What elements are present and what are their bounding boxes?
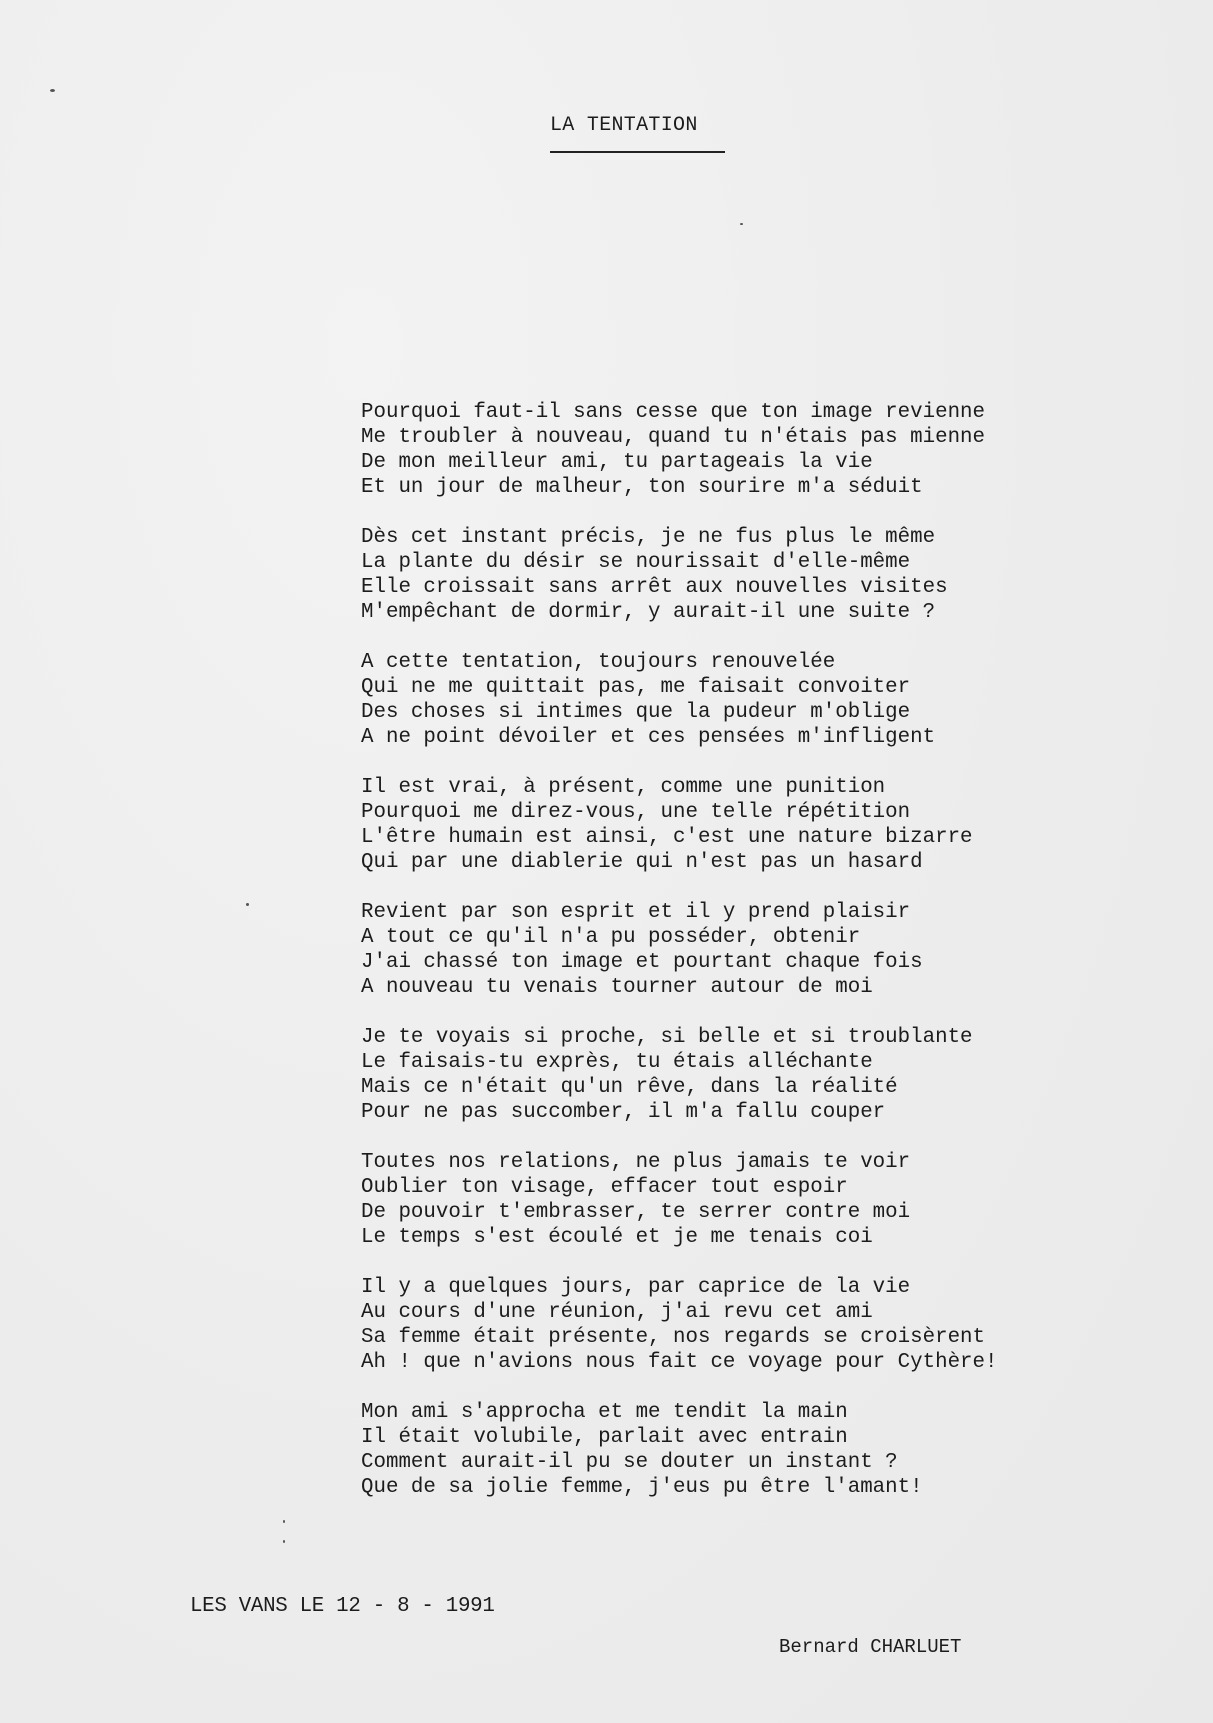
poem-line: Comment aurait-il pu se douter un instan… xyxy=(361,1450,998,1475)
poem-body: Pourquoi faut-il sans cesse que ton imag… xyxy=(361,400,998,1525)
poem-line: La plante du désir se nourissait d'elle-… xyxy=(361,550,998,575)
poem-line: Je te voyais si proche, si belle et si t… xyxy=(361,1025,998,1050)
poem-line: Qui par une diablerie qui n'est pas un h… xyxy=(361,850,998,875)
poem-line: Me troubler à nouveau, quand tu n'étais … xyxy=(361,425,998,450)
poem-line: Qui ne me quittait pas, me faisait convo… xyxy=(361,675,998,700)
poem-line: Dès cet instant précis, je ne fus plus l… xyxy=(361,525,998,550)
stanza: Mon ami s'approcha et me tendit la mainI… xyxy=(361,1400,998,1500)
poem-title: LA TENTATION xyxy=(550,114,725,138)
poem-line: A tout ce qu'il n'a pu posséder, obtenir xyxy=(361,925,998,950)
poem-line: A nouveau tu venais tourner autour de mo… xyxy=(361,975,998,1000)
poem-line: Et un jour de malheur, ton sourire m'a s… xyxy=(361,475,998,500)
stanza: Il y a quelques jours, par caprice de la… xyxy=(361,1275,998,1375)
poem-line: De pouvoir t'embrasser, te serrer contre… xyxy=(361,1200,998,1225)
poem-line: Il était volubile, parlait avec entrain xyxy=(361,1425,998,1450)
author-signature: Bernard CHARLUET xyxy=(779,1635,961,1659)
poem-line: Le temps s'est écoulé et je me tenais co… xyxy=(361,1225,998,1250)
paper-speck xyxy=(740,223,743,225)
poem-line: Revient par son esprit et il y prend pla… xyxy=(361,900,998,925)
poem-line: Il y a quelques jours, par caprice de la… xyxy=(361,1275,998,1300)
poem-line: Mon ami s'approcha et me tendit la main xyxy=(361,1400,998,1425)
title-underline xyxy=(550,151,725,153)
paper-speck xyxy=(50,89,55,92)
poem-line: Ah ! que n'avions nous fait ce voyage po… xyxy=(361,1350,998,1375)
poem-line: Oublier ton visage, effacer tout espoir xyxy=(361,1175,998,1200)
stanza: Je te voyais si proche, si belle et si t… xyxy=(361,1025,998,1125)
poem-line: Toutes nos relations, ne plus jamais te … xyxy=(361,1150,998,1175)
poem-line: Pourquoi faut-il sans cesse que ton imag… xyxy=(361,400,998,425)
stanza: Dès cet instant précis, je ne fus plus l… xyxy=(361,525,998,625)
poem-line: Sa femme était présente, nos regards se … xyxy=(361,1325,998,1350)
poem-line: Des choses si intimes que la pudeur m'ob… xyxy=(361,700,998,725)
stanza: Revient par son esprit et il y prend pla… xyxy=(361,900,998,1000)
paper-speck xyxy=(246,903,249,906)
stanza: A cette tentation, toujours renouveléeQu… xyxy=(361,650,998,750)
poem-line: J'ai chassé ton image et pourtant chaque… xyxy=(361,950,998,975)
stanza: Pourquoi faut-il sans cesse que ton imag… xyxy=(361,400,998,500)
poem-line: Pourquoi me direz-vous, une telle répéti… xyxy=(361,800,998,825)
paper-speck xyxy=(283,1540,285,1543)
place-date: LES VANS LE 12 - 8 - 1991 xyxy=(190,1594,495,1619)
poem-line: Il est vrai, à présent, comme une puniti… xyxy=(361,775,998,800)
poem-line: Le faisais-tu exprès, tu étais alléchant… xyxy=(361,1050,998,1075)
poem-line: Au cours d'une réunion, j'ai revu cet am… xyxy=(361,1300,998,1325)
poem-line: Mais ce n'était qu'un rêve, dans la réal… xyxy=(361,1075,998,1100)
poem-line: L'être humain est ainsi, c'est une natur… xyxy=(361,825,998,850)
poem-line: De mon meilleur ami, tu partageais la vi… xyxy=(361,450,998,475)
poem-line: A cette tentation, toujours renouvelée xyxy=(361,650,998,675)
stanza: Il est vrai, à présent, comme une puniti… xyxy=(361,775,998,875)
paper-speck xyxy=(283,1520,285,1523)
stanza: Toutes nos relations, ne plus jamais te … xyxy=(361,1150,998,1250)
poem-line: Pour ne pas succomber, il m'a fallu coup… xyxy=(361,1100,998,1125)
poem-line: Que de sa jolie femme, j'eus pu être l'a… xyxy=(361,1475,998,1500)
poem-line: M'empêchant de dormir, y aurait-il une s… xyxy=(361,600,998,625)
poem-line: Elle croissait sans arrêt aux nouvelles … xyxy=(361,575,998,600)
poem-line: A ne point dévoiler et ces pensées m'inf… xyxy=(361,725,998,750)
